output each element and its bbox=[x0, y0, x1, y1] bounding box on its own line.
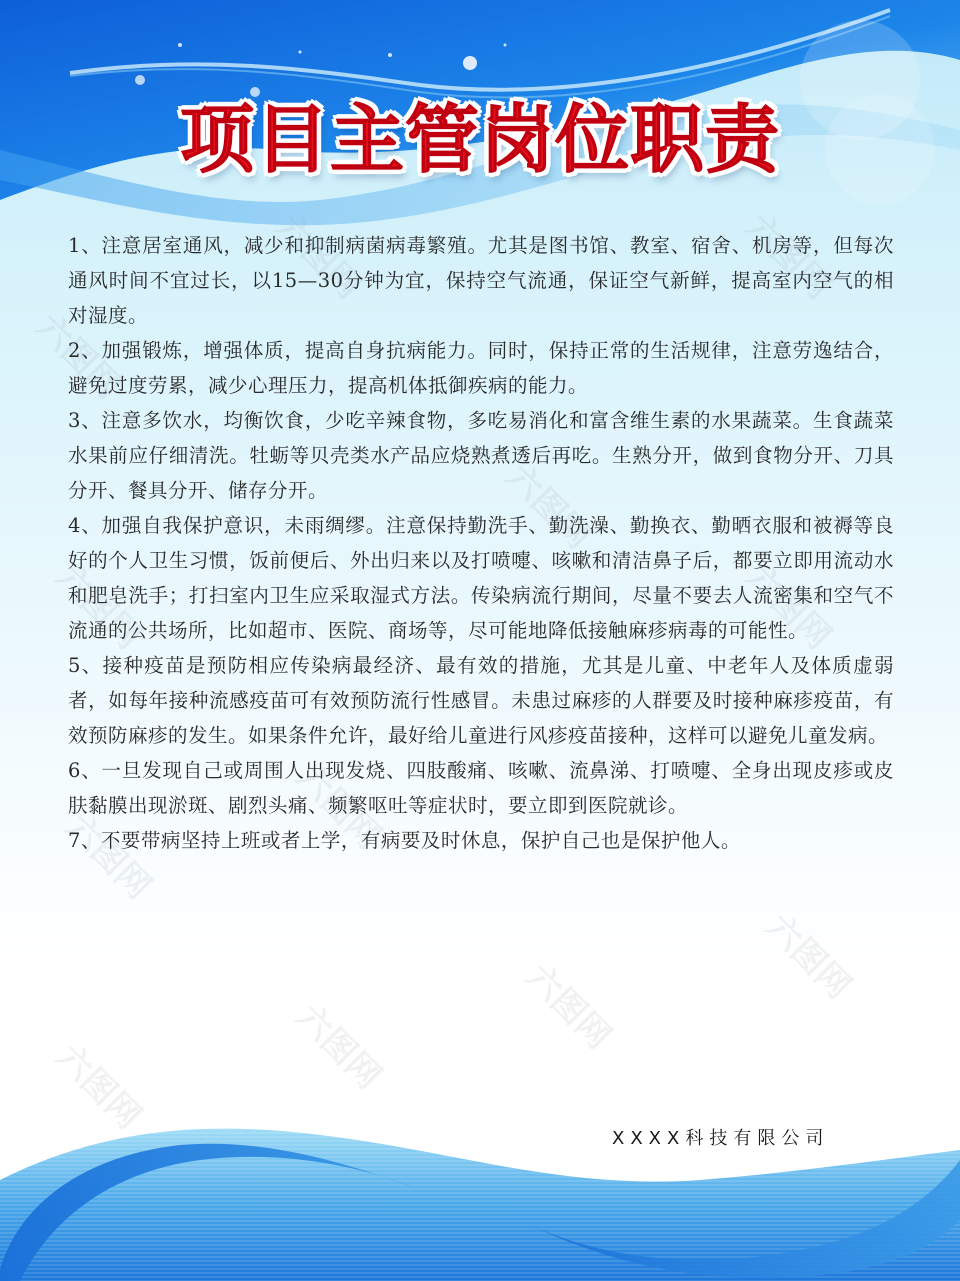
title-container: 项目主管岗位职责 bbox=[0, 100, 960, 181]
duty-item-1: 1、注意居室通风，减少和抑制病菌病毒繁殖。尤其是图书馆、教室、宿舍、机房等，但每… bbox=[68, 228, 894, 333]
duty-item-7: 7、不要带病坚持上班或者上学，有病要及时休息，保护自己也是保护他人。 bbox=[68, 823, 894, 858]
duty-item-5: 5、接种疫苗是预防相应传染病最经济、最有效的措施，尤其是儿童、中老年人及体质虚弱… bbox=[68, 648, 894, 753]
watermark-text: 六图网 bbox=[288, 991, 395, 1098]
footer-wave-graphic bbox=[0, 1120, 960, 1281]
watermark-text: 六图网 bbox=[518, 951, 625, 1058]
duty-item-6: 6、一旦发现自己或周围人出现发烧、四肢酸痛、咳嗽、流鼻涕、打喷嚏、全身出现皮疹或… bbox=[68, 753, 894, 823]
duties-list: 1、注意居室通风，减少和抑制病菌病毒繁殖。尤其是图书馆、教室、宿舍、机房等，但每… bbox=[68, 228, 894, 858]
footer-wave-banner bbox=[0, 1120, 960, 1281]
duty-item-2: 2、加强锻炼，增强体质，提高自身抗病能力。同时，保持正常的生活规律，注意劳逸结合… bbox=[68, 333, 894, 403]
duty-item-3: 3、注意多饮水，均衡饮食，少吃辛辣食物，多吃易消化和富含维生素的水果蔬菜。生食蔬… bbox=[68, 403, 894, 508]
page-title: 项目主管岗位职责 bbox=[180, 100, 780, 181]
watermark-text: 六图网 bbox=[758, 901, 865, 1008]
duty-item-4: 4、加强自我保护意识，未雨绸缪。注意保持勤洗手、勤洗澡、勤换衣、勤晒衣服和被褥等… bbox=[68, 508, 894, 648]
